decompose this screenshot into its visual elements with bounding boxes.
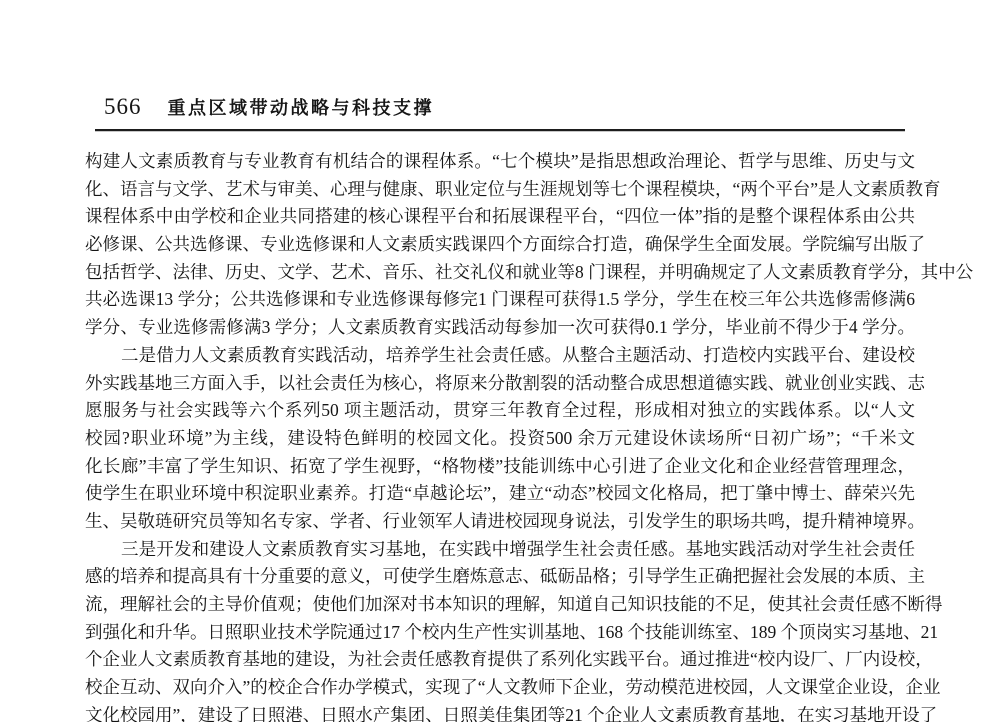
text-line: 包括哲学、法律、历史、文学、艺术、音乐、社交礼仪和就业等8 门课程，并明确规定了… (85, 259, 915, 287)
text-line: 三是开发和建设人文素质教育实习基地，在实践中增强学生社会责任感。基地实践活动对学… (85, 536, 915, 564)
page-header: 566 重点区域带动战略与科技支撑 (104, 94, 434, 120)
text-line: 使学生在职业环境中积淀职业素养。打造“卓越论坛”，建立“动态”校园文化格局，把丁… (85, 480, 915, 508)
text-line: 学分、专业选修需修满3 学分；人文素质教育实践活动每参加一次可获得0.1 学分，… (85, 314, 915, 342)
text-line: 文化校园用”，建设了日照港、日照水产集团、日照美佳集团等21 个企业人文素质教育… (85, 702, 915, 722)
text-line: 到强化和升华。日照职业技术学院通过17 个校内生产性实训基地、168 个技能训练… (85, 619, 915, 647)
text-line: 必修课、公共选修课、专业选修课和人文素质实践课四个方面综合打造，确保学生全面发展… (85, 231, 915, 259)
paragraph: 三是开发和建设人文素质教育实习基地，在实践中增强学生社会责任感。基地实践活动对学… (85, 536, 915, 722)
text-line: 化长廊”丰富了学生知识、拓宽了学生视野，“格物楼”技能训练中心引进了企业文化和企… (85, 453, 915, 481)
text-line: 感的培养和提高具有十分重要的意义，可使学生磨炼意志、砥砺品格；引导学生正确把握社… (85, 563, 915, 591)
body-text: 构建人文素质教育与专业教育有机结合的课程体系。“七个模块”是指思想政治理论、哲学… (85, 148, 915, 722)
text-line: 校园?职业环境”为主线，建设特色鲜明的校园文化。投资500 余万元建设休读场所“… (85, 425, 915, 453)
text-line: 二是借力人文素质教育实践活动，培养学生社会责任感。从整合主题活动、打造校内实践平… (85, 342, 915, 370)
paragraph: 二是借力人文素质教育实践活动，培养学生社会责任感。从整合主题活动、打造校内实践平… (85, 342, 915, 536)
running-title: 重点区域带动战略与科技支撑 (168, 94, 435, 120)
scanned-book-page: 566 重点区域带动战略与科技支撑 构建人文素质教育与专业教育有机结合的课程体系… (0, 0, 1000, 722)
header-divider (95, 129, 905, 131)
paragraph: 构建人文素质教育与专业教育有机结合的课程体系。“七个模块”是指思想政治理论、哲学… (85, 148, 915, 342)
text-line: 外实践基地三方面入手，以社会责任为核心，将原来分散割裂的活动整合成思想道德实践、… (85, 370, 915, 398)
text-line: 化、语言与文学、艺术与审美、心理与健康、职业定位与生涯规划等七个课程模块，“两个… (85, 176, 915, 204)
text-line: 课程体系中由学校和企业共同搭建的核心课程平台和拓展课程平台，“四位一体”指的是整… (85, 203, 915, 231)
text-line: 构建人文素质教育与专业教育有机结合的课程体系。“七个模块”是指思想政治理论、哲学… (85, 148, 915, 176)
text-line: 共必选课13 学分；公共选修课和专业选修课每修完1 门课程可获得1.5 学分，学… (85, 286, 915, 314)
text-line: 愿服务与社会实践等六个系列50 项主题活动，贯穿三年教育全过程，形成相对独立的实… (85, 397, 915, 425)
text-line: 流，理解社会的主导价值观；使他们加深对书本知识的理解，知道自己知识技能的不足，使… (85, 591, 915, 619)
page-number: 566 (104, 94, 142, 120)
text-line: 生、吴敬琏研究员等知名专家、学者、行业领军人请进校园现身说法，引发学生的职场共鸣… (85, 508, 915, 536)
text-line: 个企业人文素质教育基地的建设，为社会责任感教育提供了系列化实践平台。通过推进“校… (85, 646, 915, 674)
text-line: 校企互动、双向介入”的校企合作办学模式，实现了“人文教师下企业，劳动模范进校园，… (85, 674, 915, 702)
